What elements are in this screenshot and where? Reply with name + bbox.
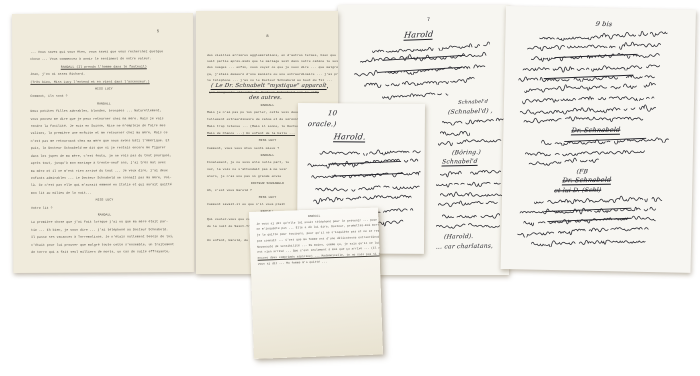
handwritten-insertion-page-8: ( Le Dr. Schnabelt "mystique" apparaît(e… bbox=[207, 83, 328, 101]
typed-line: ça, j'étais demeuré d'une manière ou une… bbox=[207, 71, 328, 77]
handwritten-line: oracle.) bbox=[308, 120, 421, 129]
handwritten-line: (Schnabel'd) , bbox=[448, 107, 505, 116]
handwritten-word: (Böring.) bbox=[452, 148, 482, 156]
typed-line: après tout, jusqu'à mon mariage à trente… bbox=[31, 159, 178, 167]
handwriting-scribble bbox=[320, 145, 421, 157]
handwritten-word: Schnabel'd bbox=[458, 99, 489, 106]
handwritten-line: Schnabel'd bbox=[458, 98, 505, 106]
handwriting-scribble bbox=[313, 193, 411, 205]
handwritten-line bbox=[438, 199, 505, 208]
handwritten-word: 10 bbox=[327, 109, 337, 117]
handwritten-line bbox=[320, 145, 421, 157]
handwritten-word: Dr. Schnabeld bbox=[562, 176, 612, 186]
handwritten-line: (FB bbox=[577, 166, 687, 175]
handwritten-line bbox=[313, 193, 420, 205]
manuscript-page-5: 5 ... Vous savez qui vous êtes, vous sav… bbox=[12, 13, 194, 273]
handwriting-scribble bbox=[438, 137, 504, 146]
handwriting-scribble bbox=[529, 156, 599, 167]
manuscript-page-9bis: 9 bisDr. Schnabeld(FBDr. Schnabeldet lui… bbox=[500, 6, 695, 273]
handwritten-line bbox=[436, 178, 505, 187]
handwritten-line bbox=[442, 116, 505, 125]
handwritten-line bbox=[307, 157, 420, 169]
typed-line: de terre qui a fait seul milliers de mor… bbox=[31, 248, 178, 256]
handwriting-block-page-9bis: 9 bisDr. Schnabeld(FBDr. Schnabeldet lui… bbox=[511, 18, 690, 247]
handwritten-line: Schnabel'd bbox=[442, 157, 505, 166]
handwritten-line bbox=[438, 137, 505, 146]
page-number-7: 7 bbox=[352, 17, 505, 23]
typescript-block-page-8-top: des vieilles arrières agglomérations, en… bbox=[207, 52, 328, 83]
typed-line: là. Ce n'est pas elle qui m'aurait emmen… bbox=[31, 181, 178, 189]
handwritten-line: (Harold). bbox=[444, 232, 505, 240]
typescript-block-card: RANDALLJe vous ai dit qu'elle lui avait … bbox=[256, 212, 374, 267]
handwriting-scribble bbox=[436, 178, 502, 187]
handwritten-line: (en mangouste attendri du Docteur Schnab… bbox=[209, 91, 328, 94]
handwritten-word: des autres. bbox=[249, 95, 283, 101]
handwritten-line: ( Le Dr. Schnabelt "mystique" apparaît bbox=[211, 83, 328, 90]
handwritten-line bbox=[442, 210, 505, 219]
handwritten-line: Harold. bbox=[334, 132, 421, 143]
handwritten-line: des autres. bbox=[249, 95, 328, 101]
handwritten-line: (Böring.) bbox=[452, 148, 505, 156]
page-number-5: 5 bbox=[30, 30, 177, 35]
typescript-block-page-5: ... Vous savez qui vous êtes, vous savez… bbox=[30, 48, 178, 256]
handwritten-line bbox=[315, 181, 420, 193]
handwritten-word: 9 bis bbox=[595, 20, 613, 28]
handwriting-scribble bbox=[436, 220, 500, 229]
handwritten-word: Harold. bbox=[333, 132, 366, 142]
handwriting-scribble bbox=[315, 181, 419, 193]
handwritten-word: Dr. Schnabeld bbox=[571, 125, 621, 135]
handwriting-scribble bbox=[307, 157, 420, 169]
handwriting-scribble bbox=[531, 235, 649, 248]
handwritten-word: (en mangouste attendri du Docteur Schnab… bbox=[209, 91, 319, 94]
handwritten-word: (Schnabel'd) , bbox=[448, 107, 494, 116]
handwriting-scribble bbox=[438, 200, 498, 209]
handwritten-line bbox=[440, 168, 505, 177]
handwritten-line bbox=[311, 169, 420, 181]
handwriting-scribble bbox=[440, 168, 502, 177]
manuscript-photo: 7 HaroldSchnabel'd(Schnabel'd) ,(Böring.… bbox=[0, 0, 700, 376]
handwritten-word: oracle.) bbox=[307, 120, 337, 128]
handwriting-scribble bbox=[442, 210, 500, 219]
manuscript-card: RANDALLJe vous ai dit qu'elle lui avait … bbox=[249, 207, 383, 358]
handwritten-line: Dr. Schnabeld bbox=[562, 175, 686, 186]
handwritten-word: Schnabel'd bbox=[442, 158, 479, 167]
handwritten-word: (FB bbox=[576, 168, 588, 175]
handwriting-scribble bbox=[382, 87, 448, 99]
page-number-8: 8 bbox=[207, 35, 328, 39]
handwritten-line bbox=[440, 189, 505, 198]
handwriting-scribble bbox=[440, 128, 470, 137]
handwritten-line bbox=[436, 220, 505, 229]
handwritten-word: (Harold). bbox=[444, 233, 474, 241]
typed-line: des nuages ... enfin, vous voyez ce que … bbox=[207, 64, 328, 70]
handwriting-scribble bbox=[311, 169, 420, 181]
handwritten-line bbox=[440, 127, 505, 136]
handwritten-word: ( Le Dr. Schnabelt "mystique" apparaît bbox=[211, 83, 327, 90]
handwritten-word: Harold bbox=[404, 30, 434, 41]
handwritten-word: ... car charlatans, bbox=[436, 242, 494, 250]
handwriting-scribble bbox=[440, 189, 504, 198]
handwritten-line: 10 bbox=[328, 109, 421, 118]
handwriting-scribble bbox=[442, 116, 505, 125]
handwritten-line: ... car charlatans, bbox=[436, 242, 505, 250]
handwritten-word: et lui D. (Schl) bbox=[554, 186, 602, 194]
